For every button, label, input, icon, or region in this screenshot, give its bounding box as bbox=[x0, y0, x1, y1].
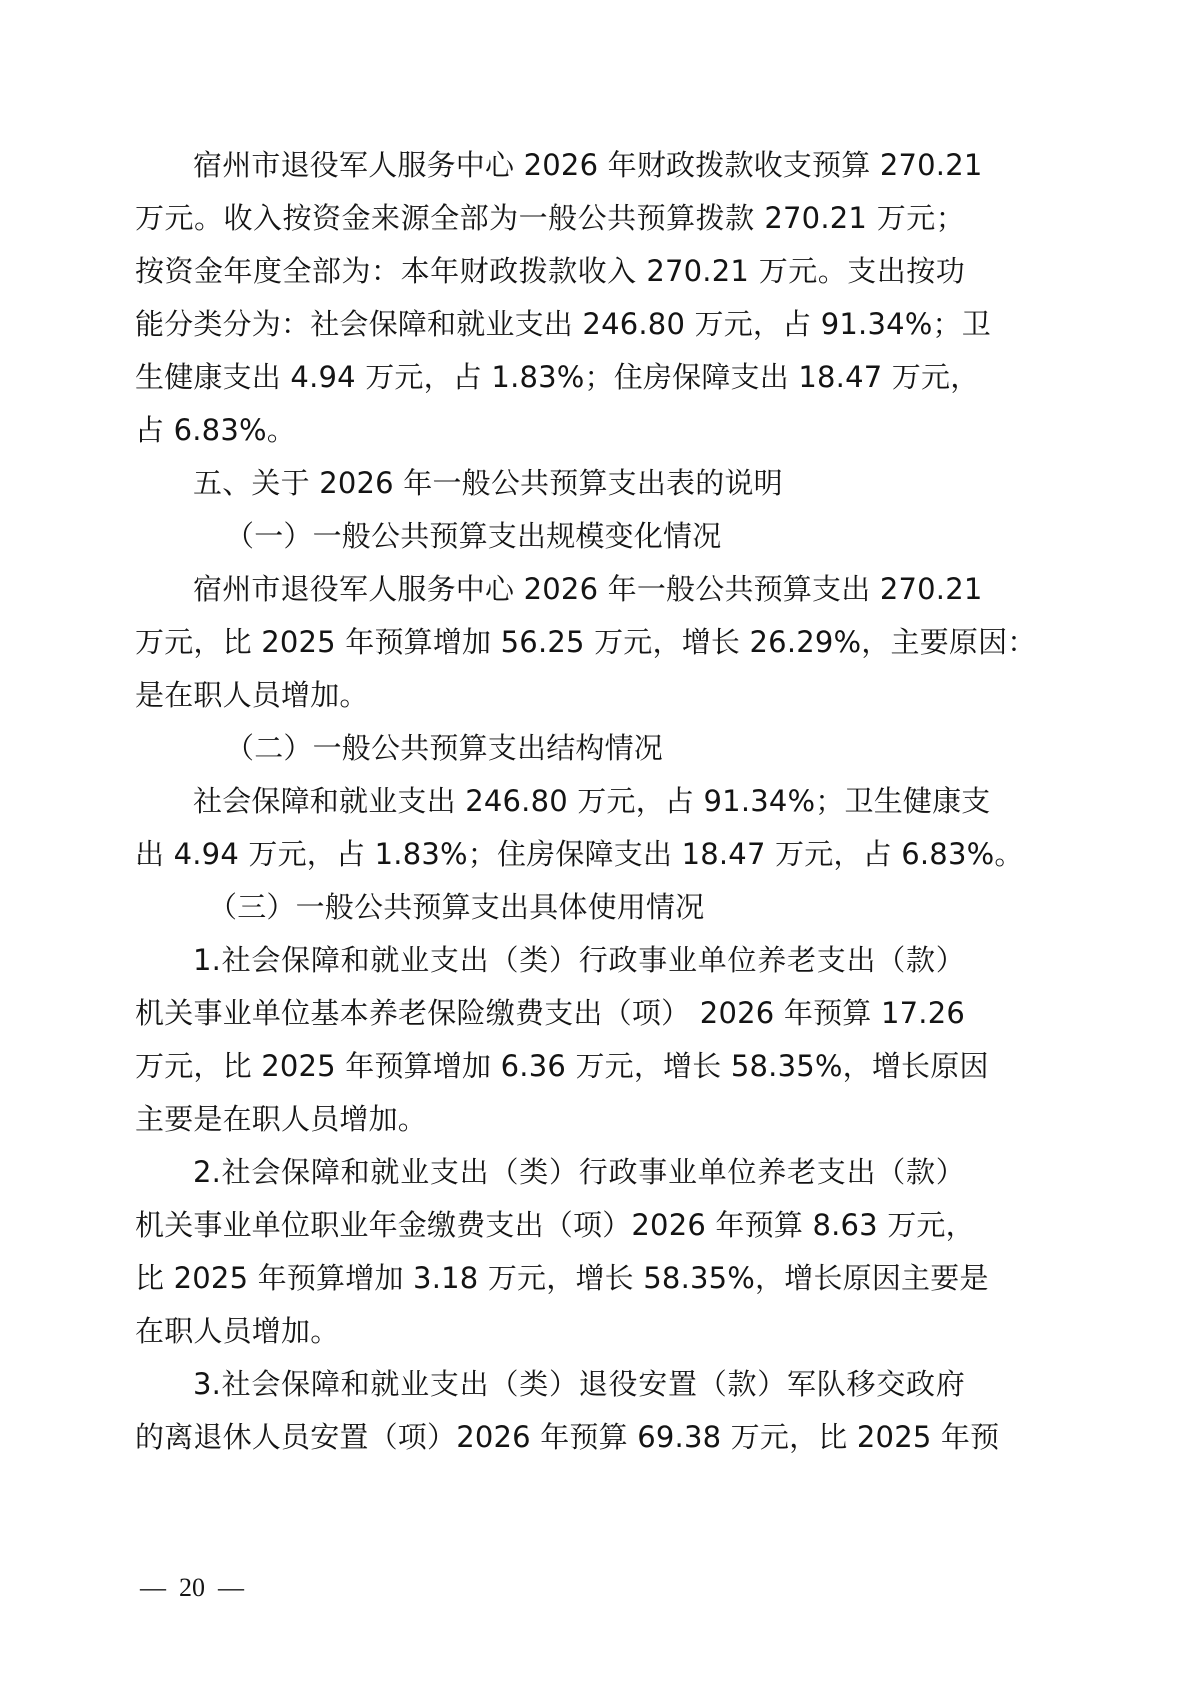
paragraph-line: 万元，比 2025 年预算增加 6.36 万元，增长 58.35%，增长原因 bbox=[135, 1042, 965, 1090]
paragraph-line: 占 6.83%。 bbox=[135, 406, 965, 454]
paragraph-line: 万元，比 2025 年预算增加 56.25 万元，增长 26.29%，主要原因： bbox=[135, 618, 965, 666]
paragraph-line: 机关事业单位职业年金缴费支出（项）2026 年预算 8.63 万元， bbox=[135, 1201, 965, 1249]
paragraph-line: 在职人员增加。 bbox=[135, 1307, 965, 1355]
paragraph-line: 2.社会保障和就业支出（类）行政事业单位养老支出（款） bbox=[193, 1148, 965, 1196]
paragraph-line: 机关事业单位基本养老保险缴费支出（项） 2026 年预算 17.26 bbox=[135, 989, 965, 1037]
paragraph-line: 出 4.94 万元，占 1.83%；住房保障支出 18.47 万元，占 6.83… bbox=[135, 830, 965, 878]
subsection-heading: （二）一般公共预算支出结构情况 bbox=[225, 724, 965, 772]
paragraph-line: 的离退休人员安置（项）2026 年预算 69.38 万元，比 2025 年预 bbox=[135, 1413, 965, 1461]
paragraph-line: 宿州市退役军人服务中心 2026 年一般公共预算支出 270.21 bbox=[193, 565, 965, 613]
paragraph-line: 是在职人员增加。 bbox=[135, 671, 965, 719]
section-heading: 五、关于 2026 年一般公共预算支出表的说明 bbox=[193, 459, 965, 507]
paragraph-line: 能分类分为：社会保障和就业支出 246.80 万元，占 91.34%；卫 bbox=[135, 300, 965, 348]
paragraph-line: 按资金年度全部为：本年财政拨款收入 270.21 万元。支出按功 bbox=[135, 247, 965, 295]
subsection-heading: （一）一般公共预算支出规模变化情况 bbox=[225, 512, 965, 560]
paragraph-line: 3.社会保障和就业支出（类）退役安置（款）军队移交政府 bbox=[193, 1360, 965, 1408]
paragraph-line: 1.社会保障和就业支出（类）行政事业单位养老支出（款） bbox=[193, 936, 965, 984]
paragraph-line: 生健康支出 4.94 万元，占 1.83%；住房保障支出 18.47 万元， bbox=[135, 353, 965, 401]
paragraph-line: 比 2025 年预算增加 3.18 万元，增长 58.35%，增长原因主要是 bbox=[135, 1254, 965, 1302]
paragraph-line: 社会保障和就业支出 246.80 万元，占 91.34%；卫生健康支 bbox=[193, 777, 965, 825]
paragraph-line: 宿州市退役军人服务中心 2026 年财政拨款收支预算 270.21 bbox=[193, 141, 965, 189]
subsection-heading: （三）一般公共预算支出具体使用情况 bbox=[208, 883, 965, 931]
document-page: 宿州市退役军人服务中心 2026 年财政拨款收支预算 270.21 万元。收入按… bbox=[0, 0, 1190, 1683]
paragraph-line: 主要是在职人员增加。 bbox=[135, 1095, 965, 1143]
page-number: — 20 — bbox=[140, 1570, 244, 1606]
paragraph-line: 万元。收入按资金来源全部为一般公共预算拨款 270.21 万元； bbox=[135, 194, 965, 242]
